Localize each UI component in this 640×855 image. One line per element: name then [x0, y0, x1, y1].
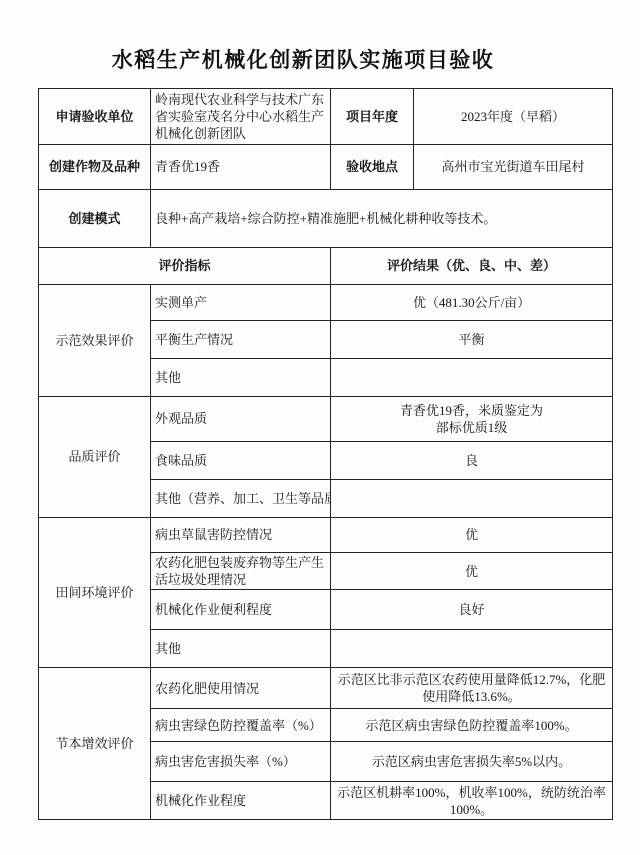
result-cell: [331, 630, 613, 668]
result-cell: 示范区病虫害绿色防控覆盖率100%。: [331, 709, 613, 742]
field-label-creation-mode: 创建模式: [39, 190, 151, 248]
scanned-form-page: 水稻生产机械化创新团队实施项目验收 申请验收单位 岭南现代农业科学与技术广东 省…: [0, 0, 640, 855]
table-row: 品质评价 外观品质 青香优19香，米质鉴定为 部标优质1级: [39, 397, 613, 442]
row-column-headers: 评价指标 评价结果（优、良、中、差）: [39, 248, 613, 285]
result-cell: 优: [331, 553, 613, 590]
table-row: 示范效果评价 实测单产 优（481.30公斤/亩）: [39, 285, 613, 321]
result-cell: [331, 359, 613, 397]
field-value-acceptance-site: 高州市宝光街道车田尾村: [414, 145, 613, 190]
indicator-cell: 食味品质: [151, 442, 331, 480]
result-cell: 优: [331, 518, 613, 553]
indicator-cell: 其他（营养、加工、卫生等品质）: [151, 480, 331, 518]
field-label-project-year: 项目年度: [331, 89, 414, 145]
indicator-cell: 病虫害绿色防控覆盖率（%）: [151, 709, 331, 742]
result-cell: 优（481.30公斤/亩）: [331, 285, 613, 321]
result-cell: 良: [331, 442, 613, 480]
indicator-cell: 机械化作业便利程度: [151, 590, 331, 630]
col-header-indicator: 评价指标: [39, 248, 331, 285]
group-label-cost-saving: 节本增效评价: [39, 668, 151, 820]
result-cell: 平衡: [331, 321, 613, 359]
col-header-result: 评价结果（优、良、中、差）: [331, 248, 613, 285]
indicator-cell: 农药化肥包装废弃物等生产生 活垃圾处理情况: [151, 553, 331, 590]
acceptance-form-table: 申请验收单位 岭南现代农业科学与技术广东 省实验室茂名分中心水稻生产 机械化创新…: [38, 88, 613, 820]
result-cell: 良好: [331, 590, 613, 630]
group-label-quality: 品质评价: [39, 397, 151, 518]
field-label-acceptance-site: 验收地点: [331, 145, 414, 190]
field-value-apply-unit: 岭南现代农业科学与技术广东 省实验室茂名分中心水稻生产 机械化创新团队: [151, 89, 331, 145]
field-value-creation-mode: 良种+高产栽培+综合防控+精准施肥+机械化耕种收等技术。: [151, 190, 613, 248]
result-cell: [331, 480, 613, 518]
group-label-demo-effect: 示范效果评价: [39, 285, 151, 397]
indicator-cell: 其他: [151, 630, 331, 668]
indicator-cell: 平衡生产情况: [151, 321, 331, 359]
result-cell: 示范区机耕率100%，机收率100%，统防统治率 100%。: [331, 782, 613, 820]
field-value-project-year: 2023年度（早稻）: [414, 89, 613, 145]
field-value-crop-variety: 青香优19香: [151, 145, 331, 190]
row-apply-unit: 申请验收单位 岭南现代农业科学与技术广东 省实验室茂名分中心水稻生产 机械化创新…: [39, 89, 613, 145]
result-cell: 示范区病虫害危害损失率5%以内。: [331, 742, 613, 782]
table-row: 节本增效评价 农药化肥使用情况 示范区比非示范区农药使用量降低12.7%，化肥 …: [39, 668, 613, 709]
row-crop-variety: 创建作物及品种 青香优19香 验收地点 高州市宝光街道车田尾村: [39, 145, 613, 190]
field-label-apply-unit: 申请验收单位: [39, 89, 151, 145]
group-label-field-environment: 田间环境评价: [39, 518, 151, 668]
indicator-cell: 病虫害危害损失率（%）: [151, 742, 331, 782]
indicator-cell: 其他: [151, 359, 331, 397]
result-cell: 青香优19香，米质鉴定为 部标优质1级: [331, 397, 613, 442]
indicator-cell: 农药化肥使用情况: [151, 668, 331, 709]
result-cell: 示范区比非示范区农药使用量降低12.7%，化肥 使用降低13.6%。: [331, 668, 613, 709]
indicator-cell: 病虫草鼠害防控情况: [151, 518, 331, 553]
indicator-cell: 外观品质: [151, 397, 331, 442]
indicator-cell: 实测单产: [151, 285, 331, 321]
table-row: 田间环境评价 病虫草鼠害防控情况 优: [39, 518, 613, 553]
row-creation-mode: 创建模式 良种+高产栽培+综合防控+精准施肥+机械化耕种收等技术。: [39, 190, 613, 248]
page-title: 水稻生产机械化创新团队实施项目验收: [16, 44, 590, 74]
field-label-crop-variety: 创建作物及品种: [39, 145, 151, 190]
indicator-cell: 机械化作业程度: [151, 782, 331, 820]
